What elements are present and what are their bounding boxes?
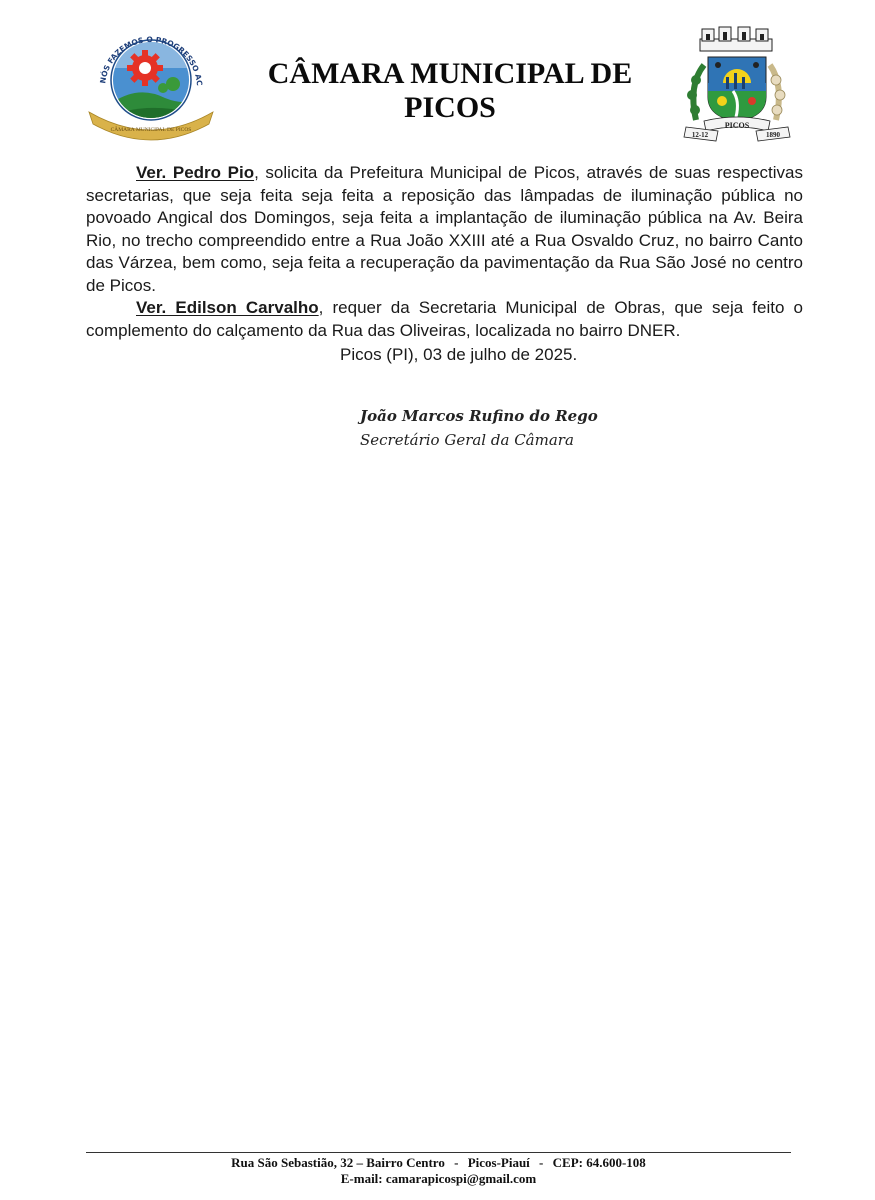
request-text: , solicita da Prefeitura Municipal de Pi… [86,163,803,295]
signature-block: João Marcos Rufino do Rego Secretário Ge… [360,404,598,452]
svg-text:12-12: 12-12 [692,131,709,139]
svg-text:1890: 1890 [766,131,781,139]
footer-address-line: Rua São Sebastião, 32 – Bairro Centro - … [86,1155,791,1171]
footer-separator: - [539,1155,543,1171]
footer-cep: CEP: 64.600-108 [553,1155,646,1170]
camara-emblem-icon: NÓS FAZEMOS O PROGRESSO ACONTECER CÂMARA… [85,28,217,142]
signatory-role: Secretário Geral da Câmara [360,428,598,452]
date-line: Picos (PI), 03 de julho de 2025. [340,345,577,365]
svg-text:CÂMARA MUNICIPAL DE PICOS: CÂMARA MUNICIPAL DE PICOS [111,125,192,133]
councilor-name: Ver. Pedro Pio [136,163,254,182]
signatory-name: João Marcos Rufino do Rego [360,404,598,428]
request-paragraph: Ver. Edilson Carvalho, requer da Secreta… [86,297,803,342]
footer-address: Rua São Sebastião, 32 – Bairro Centro [231,1155,445,1170]
title-line-1: CÂMARA MUNICIPAL DE [240,57,660,91]
page-title: CÂMARA MUNICIPAL DE PICOS [240,57,660,125]
request-paragraph: Ver. Pedro Pio, solicita da Prefeitura M… [86,162,803,297]
svg-text:PICOS: PICOS [725,121,750,130]
footer: Rua São Sebastião, 32 – Bairro Centro - … [86,1155,791,1187]
document-body: Ver. Pedro Pio, solicita da Prefeitura M… [86,162,803,342]
title-line-2: PICOS [240,91,660,125]
councilor-name: Ver. Edilson Carvalho [136,298,319,317]
footer-city: Picos-Piauí [468,1155,530,1170]
letterhead: NÓS FAZEMOS O PROGRESSO ACONTECER CÂMARA… [0,0,875,150]
footer-separator: - [454,1155,458,1171]
picos-coat-of-arms-icon: PICOS 12-12 1890 [678,25,793,143]
footer-divider [86,1152,791,1153]
footer-email: E-mail: camarapicospi@gmail.com [86,1171,791,1187]
